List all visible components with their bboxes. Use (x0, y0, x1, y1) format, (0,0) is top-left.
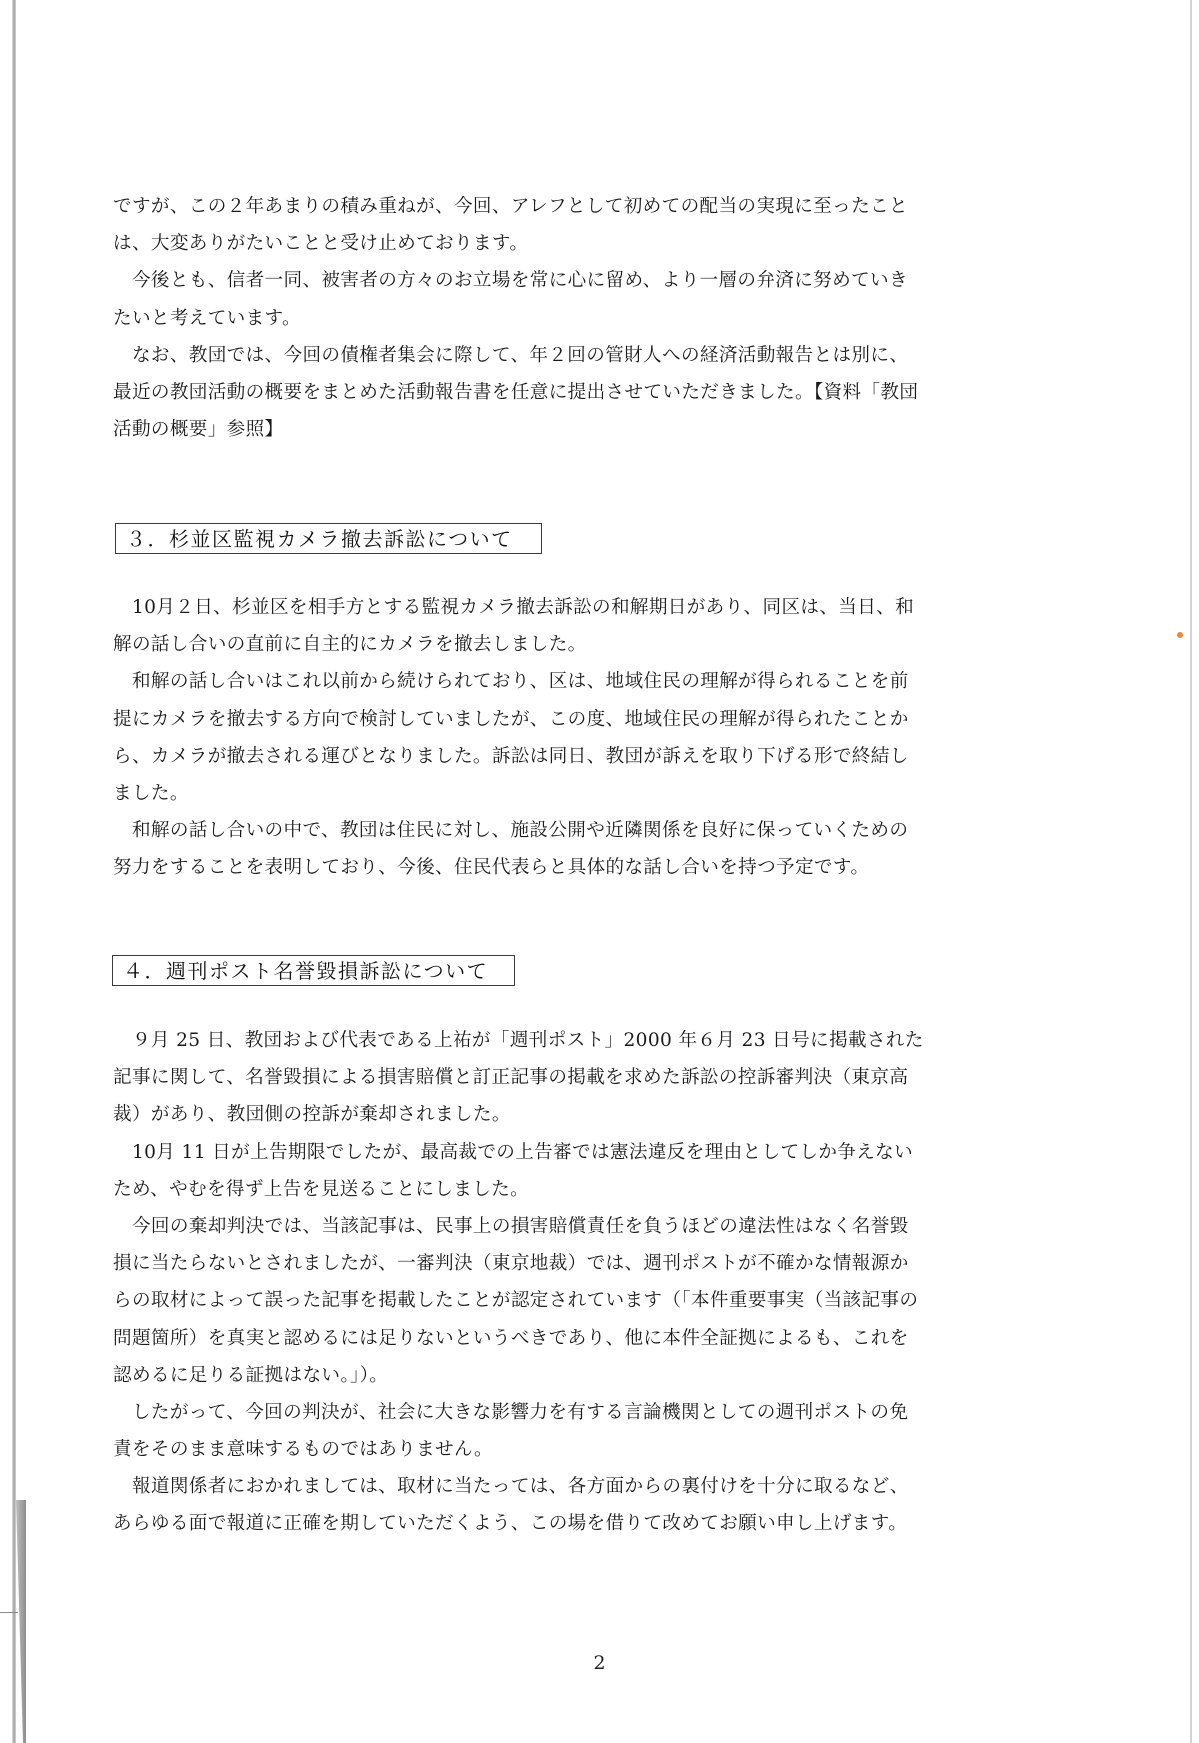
text-line: 和解の話し合いの中で、教団は住民に対し、施設公開や近隣関係を良好に保っていくため… (113, 812, 1008, 849)
section-body-weekly-post-defamation: ９月 25 日、教団および代表である上祐が「週刊ポスト」2000 年６月 23 … (113, 1022, 1008, 1543)
intro-text: ですが、この２年あまりの積み重ねが、今回、アレフとして初めての配当の実現に至った… (113, 188, 1008, 448)
text-line: 認めるに足りる証拠はない。」）。 (113, 1357, 1008, 1394)
text-line: 報道関係者におかれましては、取材に当たっては、各方面からの裏付けを十分に取るなど… (113, 1468, 1008, 1505)
text-line: 今後とも、信者一同、被害者の方々のお立場を常に心に留め、より一層の弁済に努めてい… (113, 262, 1008, 299)
text-line: 解の話し合いの直前に自主的にカメラを撤去しました。 (113, 626, 1008, 663)
scan-binding-edge-left (12, 0, 16, 1743)
text-line: 今回の棄却判決では、当該記事は、民事上の損害賠償責任を負うほどの違法性はなく名誉… (113, 1208, 1008, 1245)
text-line: ですが、この２年あまりの積み重ねが、今回、アレフとして初めての配当の実現に至った… (113, 188, 1008, 225)
text-line: は、大変ありがたいことと受け止めております。 (113, 225, 1008, 262)
text-line: あらゆる面で報道に正確を期していただくよう、この場を借りて改めてお願い申し上げま… (113, 1505, 1008, 1542)
text-line: 和解の話し合いはこれ以前から続けられており、区は、地域住民の理解が得られることを… (113, 663, 1008, 700)
section-heading-weekly-post-defamation: ４．週刊ポスト名誉毀損訴訟について (112, 955, 515, 986)
text-line: ９月 25 日、教団および代表である上祐が「週刊ポスト」2000 年６月 23 … (113, 1022, 1008, 1059)
section-heading-suginami-camera: ３．杉並区監視カメラ撤去訴訟について (115, 523, 542, 554)
text-line: したがって、今回の判決が、社会に大きな影響力を有する言論機関としての週刊ポストの… (113, 1394, 1008, 1431)
text-line: ました。 (113, 775, 1008, 812)
scan-stain-spot (1177, 632, 1183, 638)
text-line: 10月２日、杉並区を相手方とする監視カメラ撤去訴訟の和解期日があり、同区は、当日… (113, 589, 1008, 626)
text-line: 裁）があり、教団側の控訴が棄却されました。 (113, 1096, 1008, 1133)
scan-page-edge-right (1190, 0, 1192, 1743)
text-line: 活動の概要」参照】 (113, 411, 1008, 448)
text-line: 提にカメラを撤去する方向で検討していましたが、この度、地域住民の理解が得られたこ… (113, 701, 1008, 738)
text-line: ら、カメラが撤去される運びとなりました。訴訟は同日、教団が訴えを取り下げる形で終… (113, 738, 1008, 775)
section-body-suginami-camera: 10月２日、杉並区を相手方とする監視カメラ撤去訴訟の和解期日があり、同区は、当日… (113, 589, 1008, 887)
text-line: なお、教団では、今回の債権者集会に際して、年２回の管財人への経済活動報告とは別に… (113, 337, 1008, 374)
text-line: 努力をすることを表明しており、今後、住民代表らと具体的な話し合いを持つ予定です。 (113, 849, 1008, 886)
text-line: ため、やむを得ず上告を見送ることにしました。 (113, 1171, 1008, 1208)
text-line: 記事に関して、名誉毀損による損害賠償と訂正記事の掲載を求めた訴訟の控訴審判決（東… (113, 1059, 1008, 1096)
text-line: 責をそのまま意味するものではありません。 (113, 1431, 1008, 1468)
text-line: 10月 11 日が上告期限でしたが、最高裁での上告審では憲法違反を理由としてしか… (113, 1134, 1008, 1171)
page-number: 2 (0, 1652, 1199, 1674)
text-line: 問題箇所）を真実と認めるには足りないというべきであり、他に本件全証拠によるも、こ… (113, 1320, 1008, 1357)
text-line: 最近の教団活動の概要をまとめた活動報告書を任意に提出させていただきました。【資料… (113, 374, 1008, 411)
text-line: 損に当たらないとされましたが、一審判決（東京地裁）では、週刊ポストが不確かな情報… (113, 1245, 1008, 1282)
scan-edge-mark (0, 1612, 18, 1613)
scan-binding-edge-shadow (16, 1500, 26, 1743)
text-line: らの取材によって誤った記事を掲載したことが認定されています（「本件重要事実（当該… (113, 1282, 1008, 1319)
text-line: たいと考えています。 (113, 300, 1008, 337)
